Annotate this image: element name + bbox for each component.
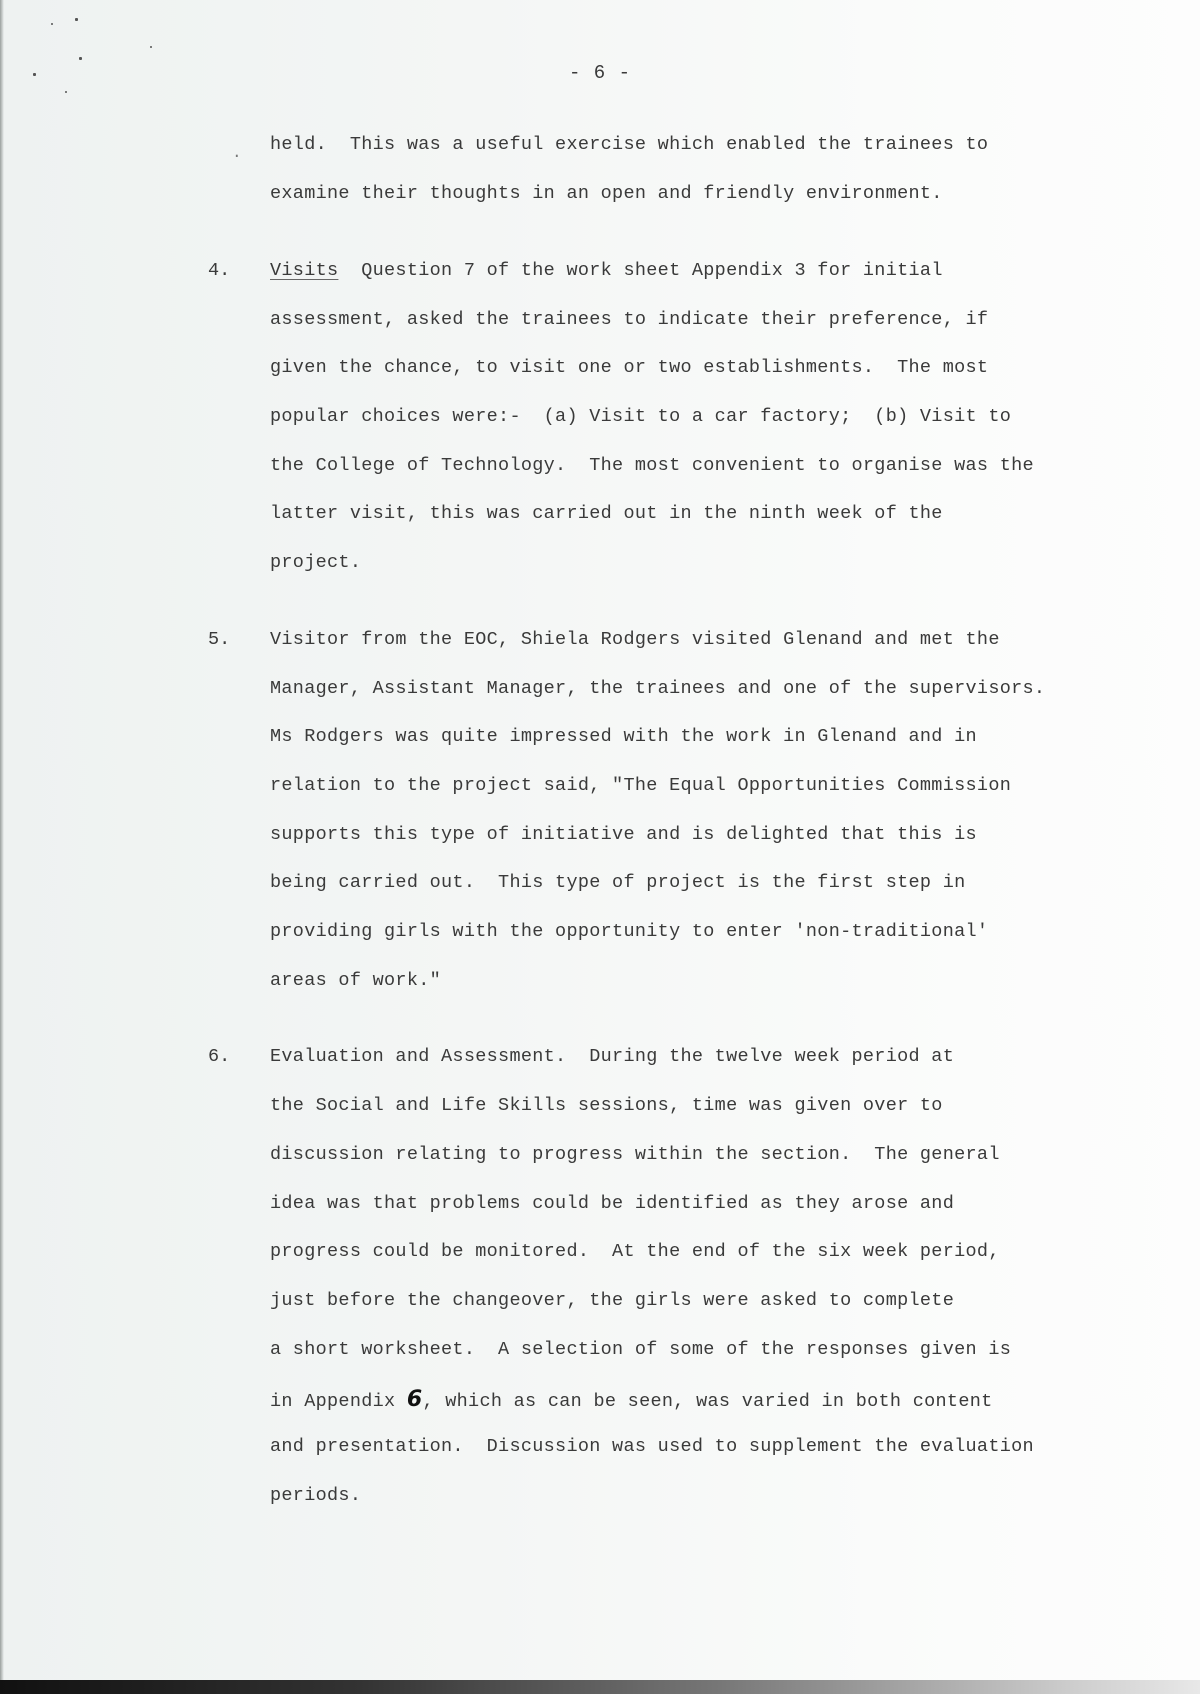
text-line: project. (270, 552, 361, 573)
text-line: Manager, Assistant Manager, the trainees… (270, 678, 1045, 699)
text-line: being carried out. This type of project … (270, 872, 966, 893)
text-line: discussion relating to progress within t… (270, 1144, 1000, 1165)
text-line: Visits Question 7 of the work sheet Appe… (270, 260, 943, 281)
text-line: assessment, asked the trainees to indica… (270, 309, 988, 330)
text-line: latter visit, this was carried out in th… (270, 503, 943, 524)
text-line: idea was that problems could be identifi… (270, 1193, 954, 1214)
scan-speck (150, 46, 152, 48)
scan-speck (79, 57, 82, 60)
text-line: and presentation. Discussion was used to… (270, 1436, 1034, 1457)
text-line: areas of work." (270, 970, 441, 991)
text-line: Evaluation and Assessment. During the tw… (270, 1046, 954, 1067)
text-line: progress could be monitored. At the end … (270, 1241, 1000, 1262)
text-line: the Social and Life Skills sessions, tim… (270, 1095, 943, 1116)
text-line: given the chance, to visit one or two es… (270, 357, 988, 378)
text-line: supports this type of initiative and is … (270, 824, 977, 845)
scan-speck (65, 91, 67, 93)
scan-left-edge (0, 0, 4, 1680)
text-fragment: in Appendix (270, 1391, 407, 1412)
text-line: examine their thoughts in an open and fr… (270, 183, 943, 204)
text-line: popular choices were:- (a) Visit to a ca… (270, 406, 1011, 427)
text-line: just before the changeover, the girls we… (270, 1290, 954, 1311)
margin-mark: . (232, 144, 242, 162)
page-number: - 6 - (0, 62, 1200, 84)
text-line: Ms Rodgers was quite impressed with the … (270, 726, 977, 747)
text-fragment: , which as can be seen, was varied in bo… (422, 1391, 992, 1412)
scan-speck (51, 23, 53, 25)
text-line: in Appendix 6, which as can be seen, was… (270, 1387, 993, 1412)
text-line: Visitor from the EOC, Shiela Rodgers vis… (270, 629, 1000, 650)
scan-bottom-edge (0, 1680, 1200, 1694)
section-heading-visits: Visits (270, 260, 338, 281)
text-line: relation to the project said, "The Equal… (270, 775, 1011, 796)
text-fragment: Question 7 of the work sheet Appendix 3 … (338, 260, 942, 281)
section-number: 4. (208, 260, 230, 281)
handwritten-appendix-number: 6 (407, 1387, 423, 1412)
section-number: 6. (208, 1046, 230, 1067)
text-line: periods. (270, 1485, 361, 1506)
scan-speck (75, 18, 78, 21)
text-line: providing girls with the opportunity to … (270, 921, 988, 942)
text-line: the College of Technology. The most conv… (270, 455, 1034, 476)
section-number: 5. (208, 629, 230, 650)
text-line: held. This was a useful exercise which e… (270, 134, 988, 155)
text-line: a short worksheet. A selection of some o… (270, 1339, 1011, 1360)
document-page: - 6 - . held. This was a useful exercise… (0, 0, 1200, 1680)
